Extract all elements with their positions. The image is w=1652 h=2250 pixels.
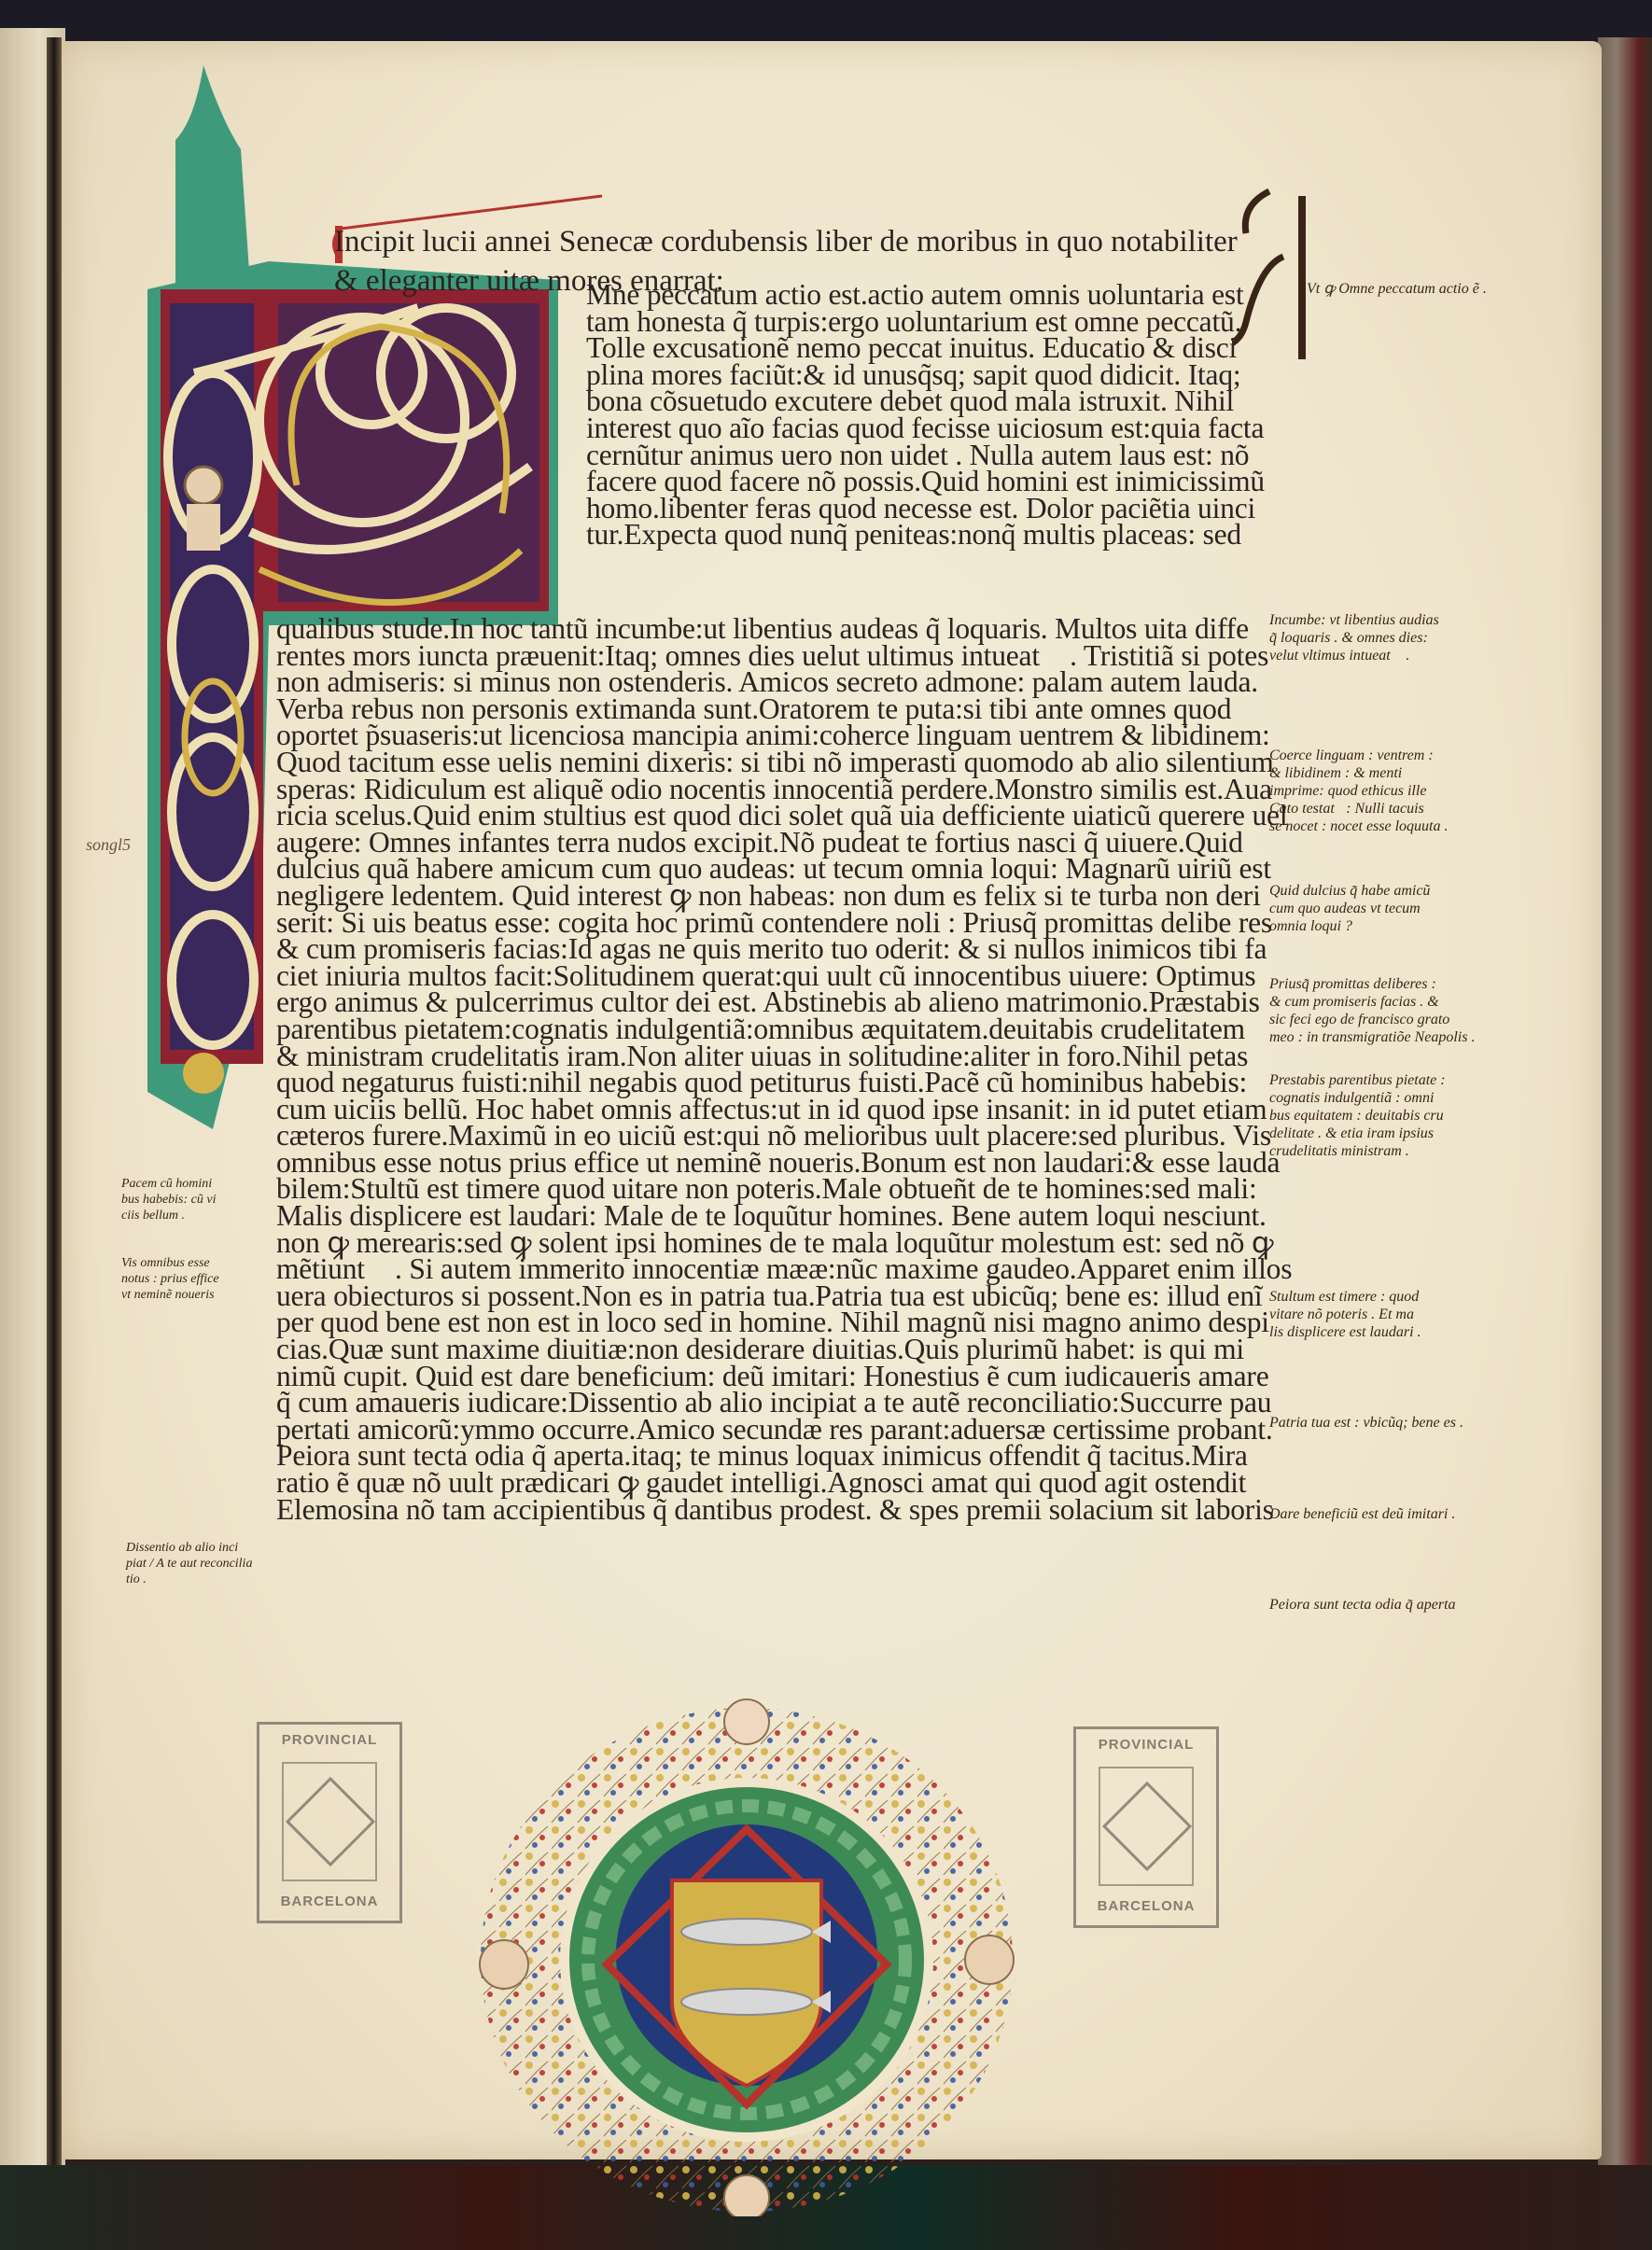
note-line: velut vltimus intueat᷑ . — [1269, 647, 1439, 664]
marginal-note: Stultum est timere : quod vitare nõ pote… — [1269, 1288, 1421, 1341]
text-line: tur.Expecta quod nunq̃ peniteas:nonq̃ mu… — [586, 522, 1230, 549]
page-fore-edge — [1598, 37, 1652, 2174]
note-line: Stultum est timere : quod — [1269, 1288, 1421, 1306]
coat-of-arms-icon — [471, 1694, 1022, 2216]
note-line: cognatis indulgentiã : omni — [1269, 1089, 1446, 1107]
marginal-note: Dare beneficiũ est deũ imitari . — [1269, 1505, 1455, 1523]
marginal-note: Patria tua est : vbicũq; bene es . — [1269, 1414, 1463, 1432]
note-line: imprime: quod ethicus ille — [1269, 782, 1449, 800]
note-line: meo : in transmigratiõe Neapolis . — [1269, 1028, 1475, 1046]
note-line: crudelitatis ministram . — [1269, 1142, 1446, 1160]
rubric-line: Incipit lucii annei Senecæ cordubensis l… — [334, 222, 1211, 261]
stamp-top-text: PROVINCIAL — [1082, 1737, 1211, 1753]
note-line: Peiora sunt tecta odia q̃ aperta — [1269, 1596, 1456, 1614]
text-line: Elemosina nõ tam accipientibus q̃ dantib… — [276, 1497, 1228, 1524]
note-line: Quid dulcius q̃ habe amicũ — [1269, 882, 1430, 900]
note-line: Priusq̃ promittas deliberes : — [1269, 975, 1475, 993]
background-top — [0, 0, 1652, 42]
note-line: & cum promiseris facias . & — [1269, 993, 1475, 1011]
note-line: Prestabis parentibus pietate : — [1269, 1071, 1446, 1089]
stamp-bottom-text: BARCELONA — [1082, 1898, 1211, 1914]
marginal-note: Coerce linguam : ventrem : & libidinem :… — [1269, 747, 1449, 835]
note-line: Incumbe: vt libentius audias — [1269, 611, 1439, 629]
marginal-note: Dissentio ab alio inci piat / A te aut r… — [126, 1540, 252, 1587]
marginal-note: Vis omnibus esse notus : prius effice vt… — [121, 1255, 219, 1303]
note-line: se nocet : nocet esse loquuta . — [1269, 818, 1449, 835]
stamp-bottom-text: BARCELONA — [265, 1894, 394, 1909]
calligraphic-initial-icon — [1232, 182, 1325, 359]
note-line: cum quo audeas vt tecum — [1269, 900, 1430, 917]
marginal-note: Quid dulcius q̃ habe amicũ cum quo audea… — [1269, 882, 1430, 935]
note-line: vt neminẽ noueris — [121, 1287, 219, 1303]
note-line: Dare beneficiũ est deũ imitari . — [1269, 1505, 1455, 1523]
note-line: sic feci ego de francisco grato — [1269, 1011, 1475, 1028]
body-text-wide: qualibus stude.In hoc tantũ incumbe:ut l… — [276, 616, 1228, 1523]
note-line: delitate . & etia iram ipsius — [1269, 1125, 1446, 1142]
note-line: ciis bellum . — [121, 1208, 216, 1223]
note-line: Patria tua est : vbicũq; bene es . — [1269, 1414, 1463, 1432]
note-line: lis displicere est laudari . — [1269, 1323, 1421, 1341]
stamp-top-text: PROVINCIAL — [265, 1732, 394, 1748]
note-line: bus equitatem : deuitabis cru — [1269, 1107, 1446, 1125]
note-line: Cato testat᷑: Nulli tacuis — [1269, 800, 1449, 818]
library-stamp: PROVINCIAL BARCELONA — [257, 1722, 402, 1923]
marginal-note: Prestabis parentibus pietate : cognatis … — [1269, 1071, 1446, 1160]
marginal-note: Priusq̃ promittas deliberes : & cum prom… — [1269, 975, 1475, 1046]
note-line: q̃ loquaris . & omnes dies: — [1269, 629, 1439, 647]
marginal-note: Incumbe: vt libentius audias q̃ loquaris… — [1269, 611, 1439, 664]
note-line: Vt ꝙ Omne peccatum actio ẽ . — [1269, 280, 1487, 298]
marginal-note: Pacem cũ homini bus habebis: cũ vi ciis … — [121, 1176, 216, 1223]
note-line: piat / A te aut reconcilia — [126, 1556, 252, 1572]
note-line: Pacem cũ homini — [121, 1176, 216, 1192]
book-gutter — [47, 37, 62, 2165]
note-line: tio . — [126, 1572, 252, 1587]
body-text-narrow: Mne peccatum actio est.actio autem omnis… — [586, 282, 1230, 549]
note-line: Dissentio ab alio inci — [126, 1540, 252, 1556]
marginal-note: Peiora sunt tecta odia q̃ aperta — [1269, 1596, 1456, 1614]
note-line: omnia loqui ? — [1269, 917, 1430, 935]
note-line: & libidinem : & menti — [1269, 764, 1449, 782]
marginal-note: Vt ꝙ Omne peccatum actio ẽ . — [1269, 280, 1487, 298]
coat-of-arms-roundel — [471, 1694, 1022, 2216]
note-line: vitare nõ poteris . Et ma — [1269, 1306, 1421, 1323]
gutter-note: songl5 — [86, 835, 131, 855]
library-stamp: PROVINCIAL BARCELONA — [1073, 1726, 1219, 1928]
note-line: Vis omnibus esse — [121, 1255, 219, 1271]
note-line: bus habebis: cũ vi — [121, 1192, 216, 1208]
note-line: notus : prius effice — [121, 1271, 219, 1287]
note-line: Coerce linguam : ventrem : — [1269, 747, 1449, 764]
